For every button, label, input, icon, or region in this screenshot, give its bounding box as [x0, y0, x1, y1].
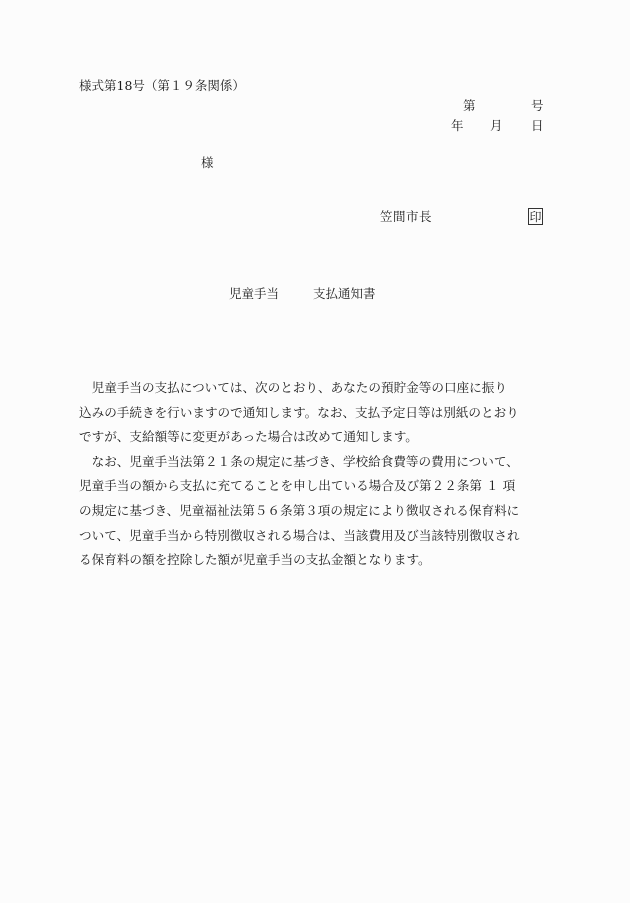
- body-line: の規定に基づき、児童福祉法第５６条第３項の規定により徴収される保育料に: [79, 499, 547, 524]
- form-number: 様式第18号（第１９条関係）: [79, 80, 245, 93]
- body-line: なお、児童手当法第２１条の規定に基づき、学校給食費等の費用について、: [79, 450, 547, 475]
- body-line: 児童手当の支払については、次のとおり、あなたの預貯金等の口座に振り: [79, 376, 547, 401]
- paragraph-1: 児童手当の支払については、次のとおり、あなたの預貯金等の口座に振り 込みの手続き…: [79, 376, 547, 450]
- date-month-label: 月: [490, 120, 503, 133]
- body-line: 児童手当の額から支払に充てることを申し出ている場合及び第２２条第 １ 項: [79, 474, 547, 499]
- title-part-2: 支払通知書: [313, 286, 376, 301]
- body-line: ついて、児童手当から特別徴収される場合は、当該費用及び当該特別徴収され: [79, 524, 547, 549]
- issuer-name: 笠間市長: [380, 211, 432, 224]
- date-day-label: 日: [531, 120, 544, 133]
- document-body: 児童手当の支払については、次のとおり、あなたの預貯金等の口座に振り 込みの手続き…: [79, 376, 547, 573]
- document-number-suffix: 号: [531, 100, 544, 113]
- recipient-honorific: 様: [201, 157, 214, 170]
- document-number-prefix: 第: [463, 100, 476, 113]
- date-year-label: 年: [451, 120, 464, 133]
- body-line: る保育料の額を控除した額が児童手当の支払金額となります。: [79, 548, 547, 573]
- title-part-1: 児童手当: [229, 286, 279, 301]
- paragraph-2: なお、児童手当法第２１条の規定に基づき、学校給食費等の費用について、 児童手当の…: [79, 450, 547, 573]
- seal-stamp-icon: 印: [528, 208, 543, 225]
- document-title: 児童手当支払通知書: [229, 288, 376, 301]
- body-line: ですが、支給額等に変更があった場合は改めて通知します。: [79, 425, 547, 450]
- body-line: 込みの手続きを行いますので通知します。なお、支払予定日等は別紙のとおり: [79, 401, 547, 426]
